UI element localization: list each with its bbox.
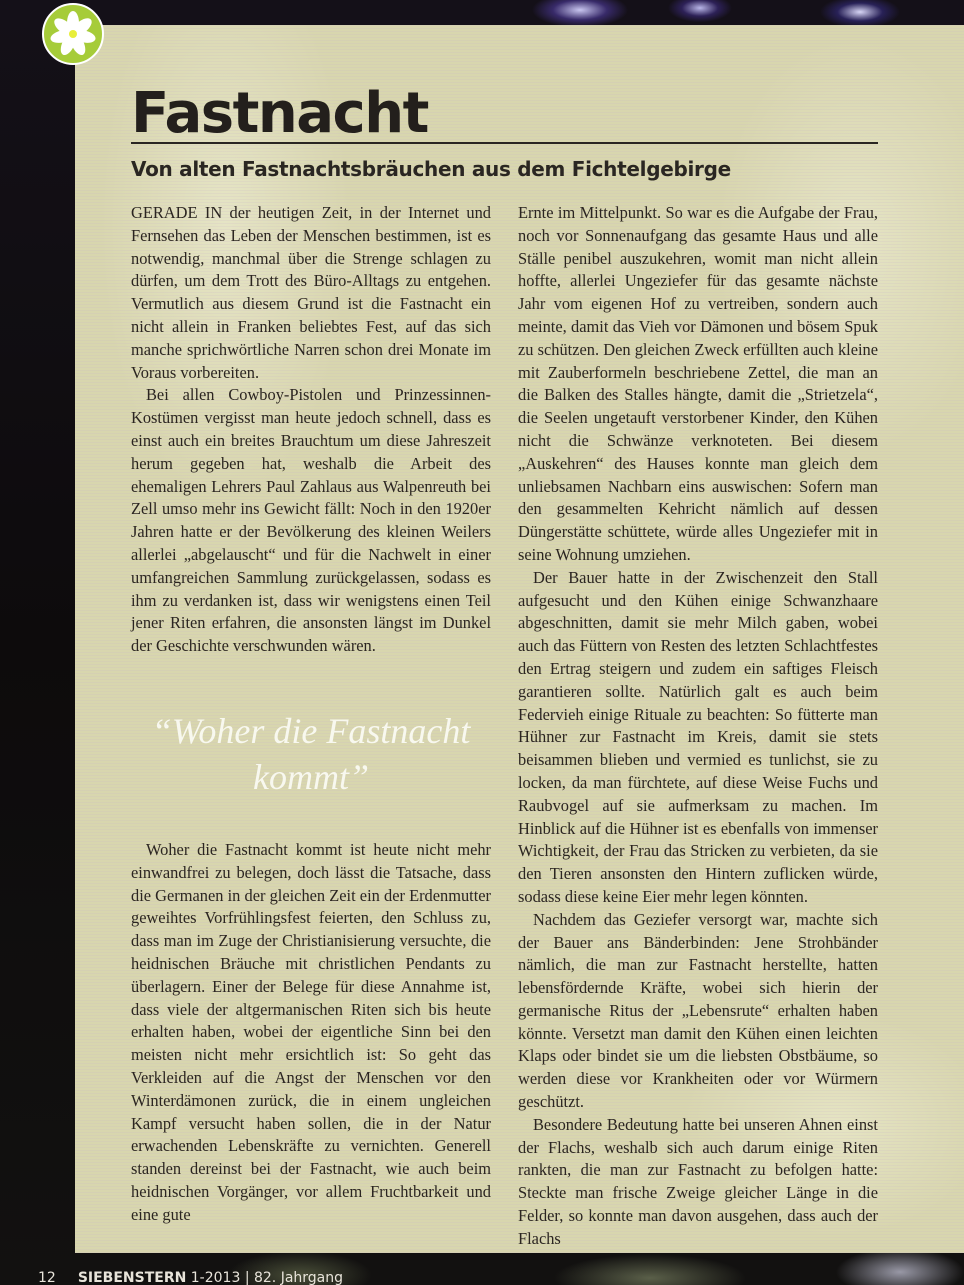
title-divider [131, 142, 878, 144]
paragraph: Ernte im Mittelpunkt. So war es die Aufg… [518, 202, 878, 567]
magazine-name: SIEBENSTERN [78, 1270, 187, 1285]
article-subtitle: Von alten Fastnachtsbräuchen aus dem Fic… [131, 155, 731, 183]
page-footer: 12SIEBENSTERN 1-2013 | 82. Jahrgang [38, 1270, 343, 1285]
paragraph: Woher die Fastnacht kommt ist heute nich… [131, 839, 491, 1227]
fichtelgebirgsverein-logo [42, 3, 104, 65]
page-number: 12 [38, 1270, 56, 1285]
pull-quote: “Woher die Fastnacht kommt” [131, 708, 491, 800]
article-column-right: Ernte im Mittelpunkt. So war es die Aufg… [518, 202, 878, 1251]
paragraph: Nachdem das Geziefer versorgt war, macht… [518, 909, 878, 1114]
flower-icon [44, 5, 102, 63]
issue-info: 1-2013 | 82. Jahrgang [186, 1270, 343, 1285]
paragraph: Besondere Bedeutung hatte bei unseren Ah… [518, 1114, 878, 1251]
paragraph: GERADE IN der heutigen Zeit, in der Inte… [131, 202, 491, 384]
paragraph-lead: GERADE IN [131, 203, 222, 222]
article-title: Fastnacht [131, 82, 428, 146]
article-column-left-bottom: Woher die Fastnacht kommt ist heute nich… [131, 839, 491, 1227]
paragraph: Der Bauer hatte in der Zwischenzeit den … [518, 567, 878, 909]
article-column-left-top: GERADE IN der heutigen Zeit, in der Inte… [131, 202, 491, 658]
paragraph: Bei allen Cowboy-Pistolen und Prinzessin… [131, 384, 491, 658]
